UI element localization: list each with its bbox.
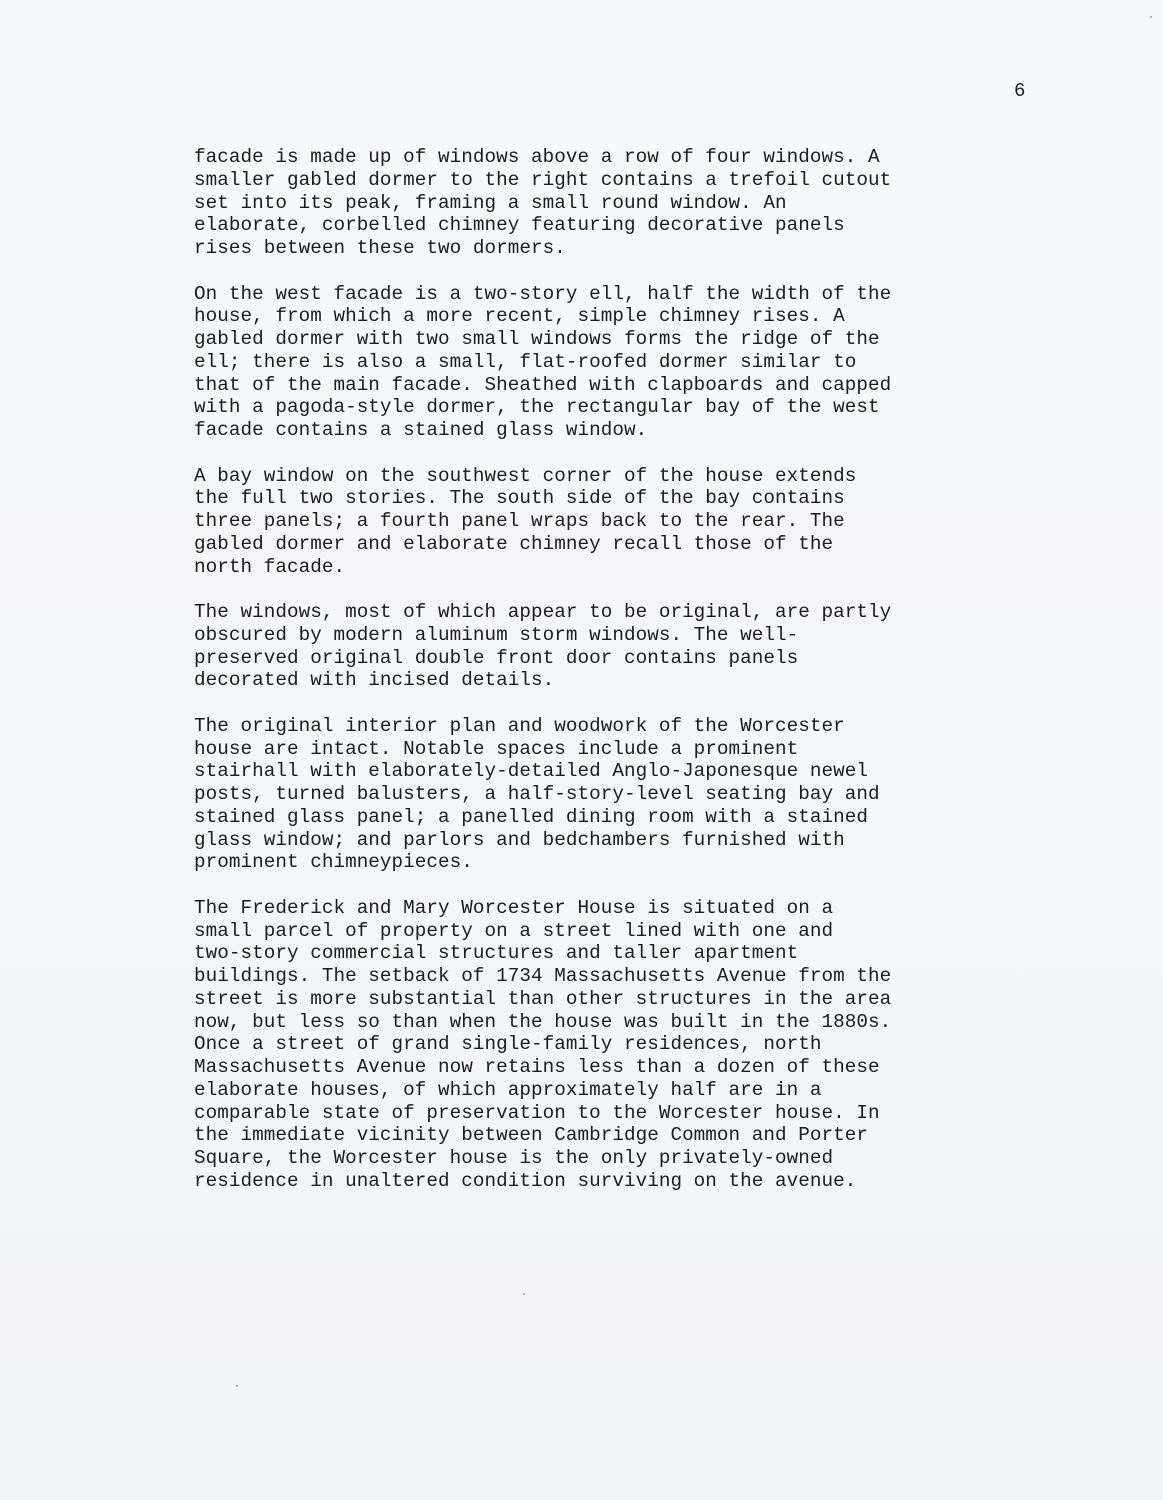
text-line: The windows, most of which appear to be … <box>194 601 1094 624</box>
text-line: three panels; a fourth panel wraps back … <box>194 510 1094 533</box>
paragraph: The Frederick and Mary Worcester House i… <box>194 897 1094 1193</box>
text-line: small parcel of property on a street lin… <box>194 920 1094 943</box>
text-line: set into its peak, framing a small round… <box>194 192 1094 215</box>
text-line: street is more substantial than other st… <box>194 988 1094 1011</box>
text-line: the immediate vicinity between Cambridge… <box>194 1124 1094 1147</box>
text-line: obscured by modern aluminum storm window… <box>194 624 1094 647</box>
text-line: house are intact. Notable spaces include… <box>194 738 1094 761</box>
text-line: preserved original double front door con… <box>194 647 1094 670</box>
text-line: the full two stories. The south side of … <box>194 487 1094 510</box>
text-line: The Frederick and Mary Worcester House i… <box>194 897 1094 920</box>
text-line: smaller gabled dormer to the right conta… <box>194 169 1094 192</box>
text-line: decorated with incised details. <box>194 669 1094 692</box>
paragraph: facade is made up of windows above a row… <box>194 146 1094 260</box>
text-line: posts, turned balusters, a half-story-le… <box>194 783 1094 806</box>
text-line: north facade. <box>194 556 1094 579</box>
paragraph: The windows, most of which appear to be … <box>194 601 1094 692</box>
scan-speck <box>1150 16 1152 18</box>
text-line: On the west facade is a two-story ell, h… <box>194 283 1094 306</box>
text-line: that of the main facade. Sheathed with c… <box>194 374 1094 397</box>
paragraph: A bay window on the southwest corner of … <box>194 465 1094 579</box>
document-page: 6 facade is made up of windows above a r… <box>0 0 1163 1500</box>
text-line: stained glass panel; a panelled dining r… <box>194 806 1094 829</box>
text-line: gabled dormer with two small windows for… <box>194 328 1094 351</box>
text-line: elaborate, corbelled chimney featuring d… <box>194 214 1094 237</box>
text-line: comparable state of preservation to the … <box>194 1102 1094 1125</box>
text-line: prominent chimneypieces. <box>194 851 1094 874</box>
text-line: house, from which a more recent, simple … <box>194 305 1094 328</box>
text-line: rises between these two dormers. <box>194 237 1094 260</box>
body-text: facade is made up of windows above a row… <box>194 146 1094 1215</box>
text-line: residence in unaltered condition survivi… <box>194 1170 1094 1193</box>
text-line: now, but less so than when the house was… <box>194 1011 1094 1034</box>
text-line: A bay window on the southwest corner of … <box>194 465 1094 488</box>
text-line: stairhall with elaborately-detailed Angl… <box>194 760 1094 783</box>
text-line: buildings. The setback of 1734 Massachus… <box>194 965 1094 988</box>
text-line: ell; there is also a small, flat-roofed … <box>194 351 1094 374</box>
text-line: with a pagoda-style dormer, the rectangu… <box>194 396 1094 419</box>
scan-speck <box>236 1385 238 1387</box>
text-line: The original interior plan and woodwork … <box>194 715 1094 738</box>
text-line: two-story commercial structures and tall… <box>194 942 1094 965</box>
page-number: 6 <box>1014 80 1025 102</box>
paragraph: The original interior plan and woodwork … <box>194 715 1094 874</box>
text-line: elaborate houses, of which approximately… <box>194 1079 1094 1102</box>
text-line: Once a street of grand single-family res… <box>194 1033 1094 1056</box>
paragraph: On the west facade is a two-story ell, h… <box>194 283 1094 442</box>
text-line: facade contains a stained glass window. <box>194 419 1094 442</box>
scan-speck <box>523 1293 525 1295</box>
text-line: Massachusetts Avenue now retains less th… <box>194 1056 1094 1079</box>
text-line: Square, the Worcester house is the only … <box>194 1147 1094 1170</box>
text-line: facade is made up of windows above a row… <box>194 146 1094 169</box>
text-line: gabled dormer and elaborate chimney reca… <box>194 533 1094 556</box>
text-line: glass window; and parlors and bedchamber… <box>194 829 1094 852</box>
